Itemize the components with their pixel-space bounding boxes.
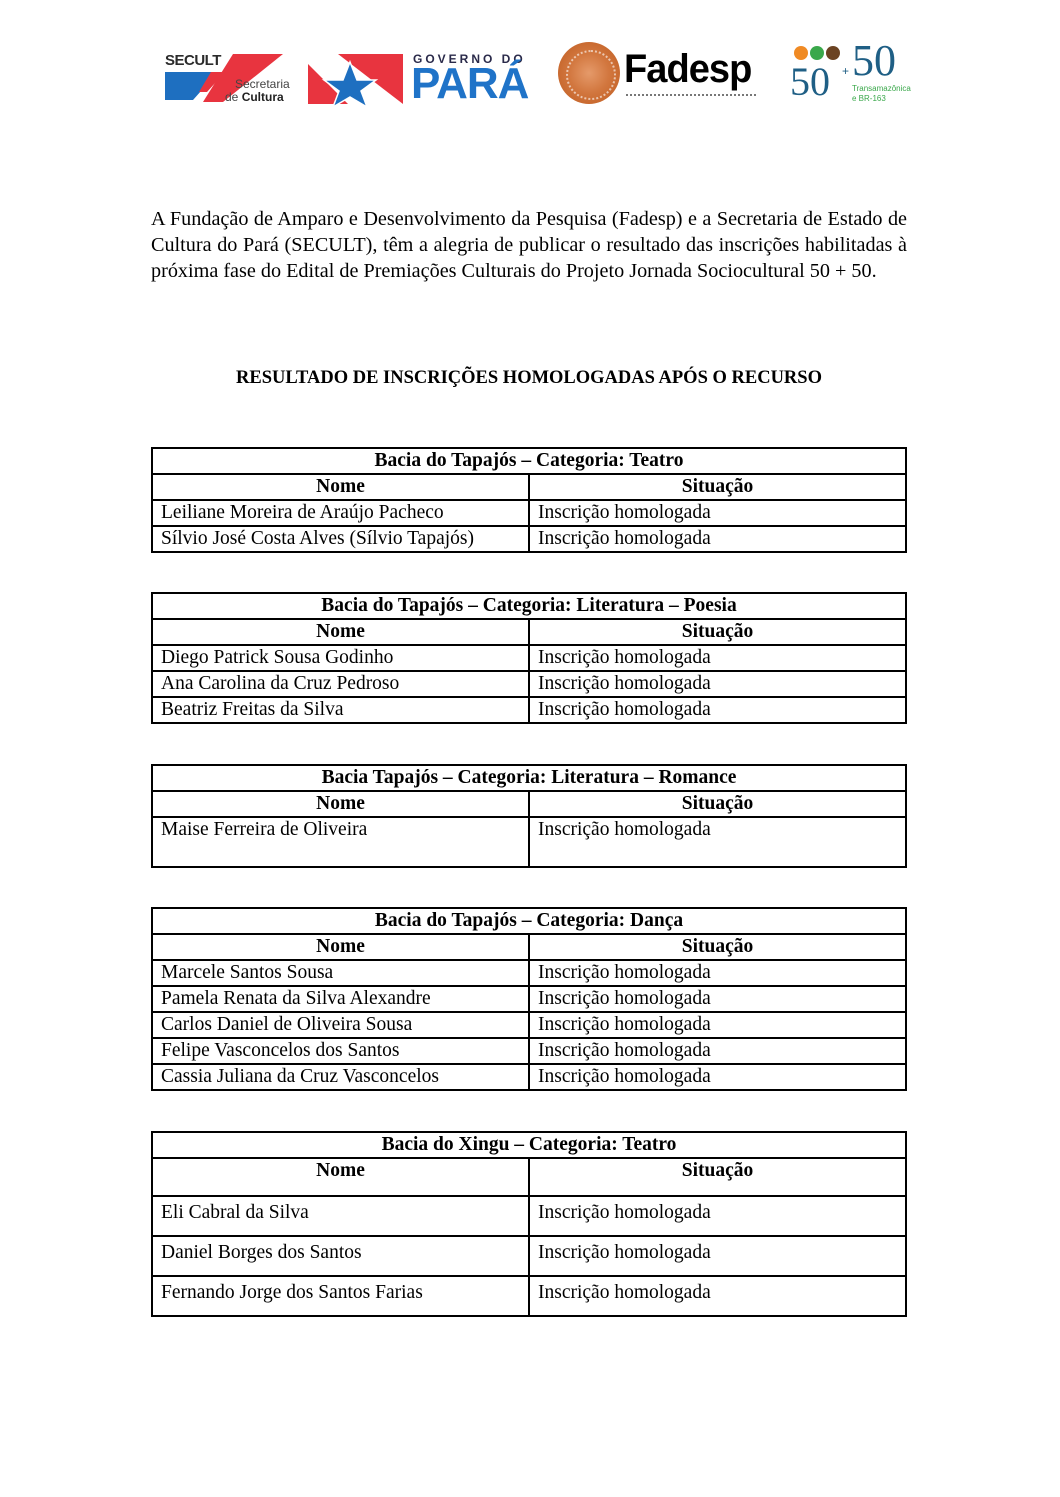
cell-name: Leiliane Moreira de Araújo Pacheco bbox=[152, 500, 529, 526]
cell-name: Maise Ferreira de Oliveira bbox=[152, 817, 529, 867]
jornada-5050-logo: 50 + 50 Transamazônica e BR-163 bbox=[790, 44, 910, 106]
para-label: PARÁ bbox=[411, 62, 528, 106]
cell-status: Inscrição homologada bbox=[529, 986, 906, 1012]
column-header-status: Situação bbox=[529, 1158, 906, 1196]
results-table-tapajos-teatro: Bacia do Tapajós – Categoria: Teatro Nom… bbox=[151, 447, 907, 553]
column-header-name: Nome bbox=[152, 934, 529, 960]
column-header-name: Nome bbox=[152, 791, 529, 817]
column-header-name: Nome bbox=[152, 1158, 529, 1196]
column-header-name: Nome bbox=[152, 619, 529, 645]
table-caption: Bacia do Tapajós – Categoria: Teatro bbox=[152, 448, 906, 474]
secult-line2-bold: Cultura bbox=[242, 90, 284, 104]
fifty-left: 50 bbox=[790, 60, 830, 104]
table-row: Cassia Juliana da Cruz VasconcelosInscri… bbox=[152, 1064, 906, 1090]
fadesp-seal-icon bbox=[558, 42, 620, 104]
table-row: Leiliane Moreira de Araújo PachecoInscri… bbox=[152, 500, 906, 526]
cell-name: Sílvio José Costa Alves (Sílvio Tapajós) bbox=[152, 526, 529, 552]
table-row: Diego Patrick Sousa GodinhoInscrição hom… bbox=[152, 645, 906, 671]
secult-logo: SECULT Secretaria de Cultura bbox=[163, 52, 285, 107]
cell-status: Inscrição homologada bbox=[529, 817, 906, 867]
table-row: Daniel Borges dos SantosInscrição homolo… bbox=[152, 1236, 906, 1276]
header-logos: SECULT Secretaria de Cultura GOVERNO DO … bbox=[0, 40, 1060, 115]
cell-name: Beatriz Freitas da Silva bbox=[152, 697, 529, 723]
fifty-subtitle: Transamazônica e BR-163 bbox=[852, 84, 911, 104]
table-row: Marcele Santos SousaInscrição homologada bbox=[152, 960, 906, 986]
table-row: Ana Carolina da Cruz PedrosoInscrição ho… bbox=[152, 671, 906, 697]
cell-name: Fernando Jorge dos Santos Farias bbox=[152, 1276, 529, 1316]
fadesp-logo: Fadesp bbox=[558, 42, 763, 108]
cell-name: Eli Cabral da Silva bbox=[152, 1196, 529, 1236]
secult-line2: de Cultura bbox=[225, 90, 284, 104]
cell-status: Inscrição homologada bbox=[529, 500, 906, 526]
column-header-name: Nome bbox=[152, 474, 529, 500]
cell-status: Inscrição homologada bbox=[529, 960, 906, 986]
column-header-status: Situação bbox=[529, 791, 906, 817]
results-table-tapajos-romance: Bacia Tapajós – Categoria: Literatura – … bbox=[151, 764, 907, 868]
table-row: Pamela Renata da Silva AlexandreInscriçã… bbox=[152, 986, 906, 1012]
document-title: RESULTADO DE INSCRIÇÕES HOMOLOGADAS APÓS… bbox=[151, 368, 907, 389]
cell-status: Inscrição homologada bbox=[529, 1012, 906, 1038]
tree-icon bbox=[810, 46, 824, 60]
cell-status: Inscrição homologada bbox=[529, 697, 906, 723]
column-header-status: Situação bbox=[529, 619, 906, 645]
secult-line2-prefix: de bbox=[225, 90, 242, 104]
fadesp-name: Fadesp bbox=[624, 47, 751, 91]
cell-name: Diego Patrick Sousa Godinho bbox=[152, 645, 529, 671]
cell-name: Ana Carolina da Cruz Pedroso bbox=[152, 671, 529, 697]
results-table-xingu-teatro: Bacia do Xingu – Categoria: Teatro NomeS… bbox=[151, 1131, 907, 1317]
para-flag-icon bbox=[308, 52, 408, 107]
table-caption: Bacia do Tapajós – Categoria: Literatura… bbox=[152, 593, 906, 619]
table-caption: Bacia do Xingu – Categoria: Teatro bbox=[152, 1132, 906, 1158]
fadesp-tagline bbox=[626, 94, 756, 98]
cell-status: Inscrição homologada bbox=[529, 526, 906, 552]
cell-name: Felipe Vasconcelos dos Santos bbox=[152, 1038, 529, 1064]
table-row: Carlos Daniel de Oliveira SousaInscrição… bbox=[152, 1012, 906, 1038]
cell-status: Inscrição homologada bbox=[529, 1276, 906, 1316]
column-header-status: Situação bbox=[529, 474, 906, 500]
cell-status: Inscrição homologada bbox=[529, 1064, 906, 1090]
animal-icon bbox=[826, 46, 840, 60]
secult-title: SECULT bbox=[165, 52, 221, 69]
fifty-right: 50 bbox=[852, 38, 896, 84]
results-table-tapajos-poesia: Bacia do Tapajós – Categoria: Literatura… bbox=[151, 592, 907, 724]
results-table-tapajos-danca: Bacia do Tapajós – Categoria: Dança Nome… bbox=[151, 907, 907, 1091]
cell-status: Inscrição homologada bbox=[529, 645, 906, 671]
table-row: Felipe Vasconcelos dos SantosInscrição h… bbox=[152, 1038, 906, 1064]
table-row: Maise Ferreira de OliveiraInscrição homo… bbox=[152, 817, 906, 867]
cell-status: Inscrição homologada bbox=[529, 1038, 906, 1064]
table-row: Beatriz Freitas da SilvaInscrição homolo… bbox=[152, 697, 906, 723]
cell-status: Inscrição homologada bbox=[529, 1236, 906, 1276]
cell-name: Cassia Juliana da Cruz Vasconcelos bbox=[152, 1064, 529, 1090]
cell-name: Pamela Renata da Silva Alexandre bbox=[152, 986, 529, 1012]
cell-status: Inscrição homologada bbox=[529, 1196, 906, 1236]
fifty-plus: + bbox=[842, 64, 849, 78]
table-caption: Bacia Tapajós – Categoria: Literatura – … bbox=[152, 765, 906, 791]
cell-status: Inscrição homologada bbox=[529, 671, 906, 697]
secult-line1: Secretaria bbox=[235, 77, 290, 91]
governo-para-logo: GOVERNO DO PARÁ bbox=[308, 52, 533, 107]
cell-name: Daniel Borges dos Santos bbox=[152, 1236, 529, 1276]
fish-icon bbox=[794, 46, 808, 60]
column-header-status: Situação bbox=[529, 934, 906, 960]
table-row: Sílvio José Costa Alves (Sílvio Tapajós)… bbox=[152, 526, 906, 552]
cell-name: Marcele Santos Sousa bbox=[152, 960, 529, 986]
cell-name: Carlos Daniel de Oliveira Sousa bbox=[152, 1012, 529, 1038]
intro-paragraph: A Fundação de Amparo e Desenvolvimento d… bbox=[151, 206, 907, 285]
table-row: Fernando Jorge dos Santos FariasInscriçã… bbox=[152, 1276, 906, 1316]
table-caption: Bacia do Tapajós – Categoria: Dança bbox=[152, 908, 906, 934]
table-row: Eli Cabral da SilvaInscrição homologada bbox=[152, 1196, 906, 1236]
